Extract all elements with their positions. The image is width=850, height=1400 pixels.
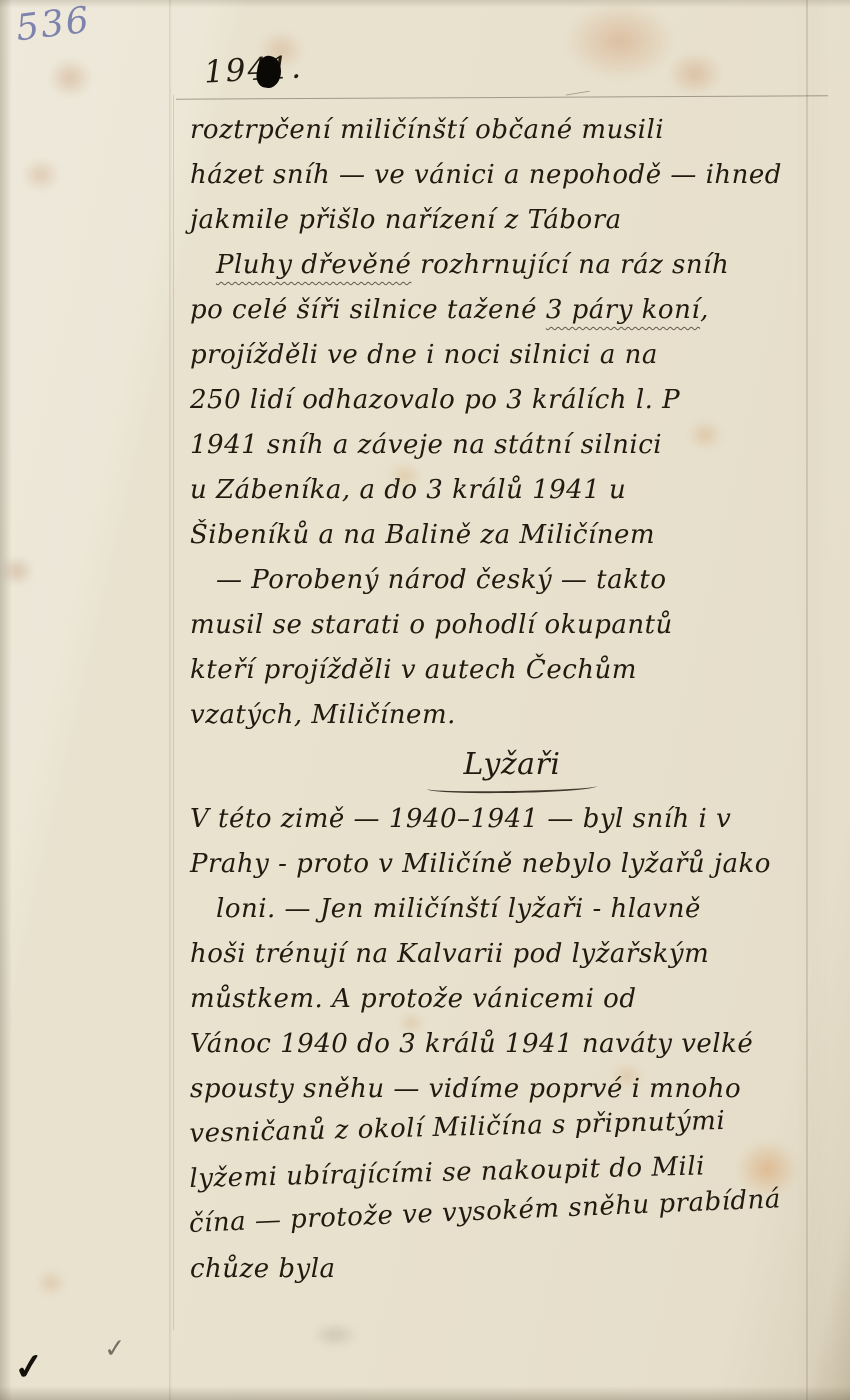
page-fold-left [169,0,172,1400]
manuscript-line: 1941 sníh a záveje na státní silnici [190,423,834,468]
manuscript-line: můstkem. A protože vánicemi od [190,977,834,1022]
stain-spot [48,58,92,98]
checkmark-icon: ✓ [103,1333,127,1364]
manuscript-line: Pluhy dřevěné rozhrnující na ráz sníh [190,243,834,288]
underlined-phrase: Pluhy dřevěné [216,250,411,280]
scan-edge-bottom [0,1386,850,1400]
stain-spot [36,1270,66,1296]
manuscript-line: musil se starati o pohodlí okupantů [190,603,834,648]
line-text: po celé šíři silnice tažené [190,295,546,325]
manuscript-line: projížděli ve dne i noci silnici a na [190,333,834,378]
manuscript-line: házet sníh — ve vánici a nepohodě — ihne… [190,153,834,198]
underlined-phrase: 3 páry koní [546,295,700,325]
scan-edge-left [0,0,12,1400]
manuscript-line: Vánoc 1940 do 3 králů 1941 naváty velké [190,1022,834,1067]
manuscript-text: roztrpčení miličínští občané musili háze… [190,108,834,1292]
pencil-rule-left [173,95,174,1330]
manuscript-line: chůze byla [190,1247,834,1292]
page-number: 536 [14,0,93,49]
manuscript-line: hoši trénují na Kalvarii pod lyžařským [190,932,834,977]
manuscript-line: Šibeníků a na Balině za Miličínem [190,513,834,558]
scan-edge-top [0,0,850,8]
manuscript-line: loni. — Jen miličínští lyžaři - hlavně [190,887,834,932]
pencil-rule-top [176,95,828,99]
manuscript-page: 536 1941. roztrpčení miličínští občané m… [0,0,850,1400]
manuscript-line: roztrpčení miličínští občané musili [190,108,834,153]
manuscript-line: po celé šíři silnice tažené 3 páry koní, [190,288,834,333]
manuscript-line: 250 lidí odhazovalo po 3 králích l. P [190,378,834,423]
manuscript-line: Prahy - proto v Miličíně nebylo lyžařů j… [190,842,834,887]
line-text: rozhrnující na ráz sníh [411,250,729,280]
manuscript-line: jakmile přišlo nařízení z Tábora [190,198,834,243]
stain-spot [312,1322,358,1348]
year-heading: 1941. [203,49,303,90]
checkmark-icon: ✓ [12,1345,46,1390]
manuscript-line: vzatých, Miličínem. [190,693,834,738]
line-text: , [700,295,709,325]
stain-spot [22,158,60,192]
manuscript-line: — Porobený národ český — takto [190,558,834,603]
manuscript-line: V této zimě — 1940–1941 — byl sníh i v [190,797,834,842]
manuscript-line: u Zábeníka, a do 3 králů 1941 u [190,468,834,513]
stain-spot [565,2,675,80]
stain-spot [668,52,722,96]
manuscript-line: kteří projížděli v autech Čechům [190,648,834,693]
